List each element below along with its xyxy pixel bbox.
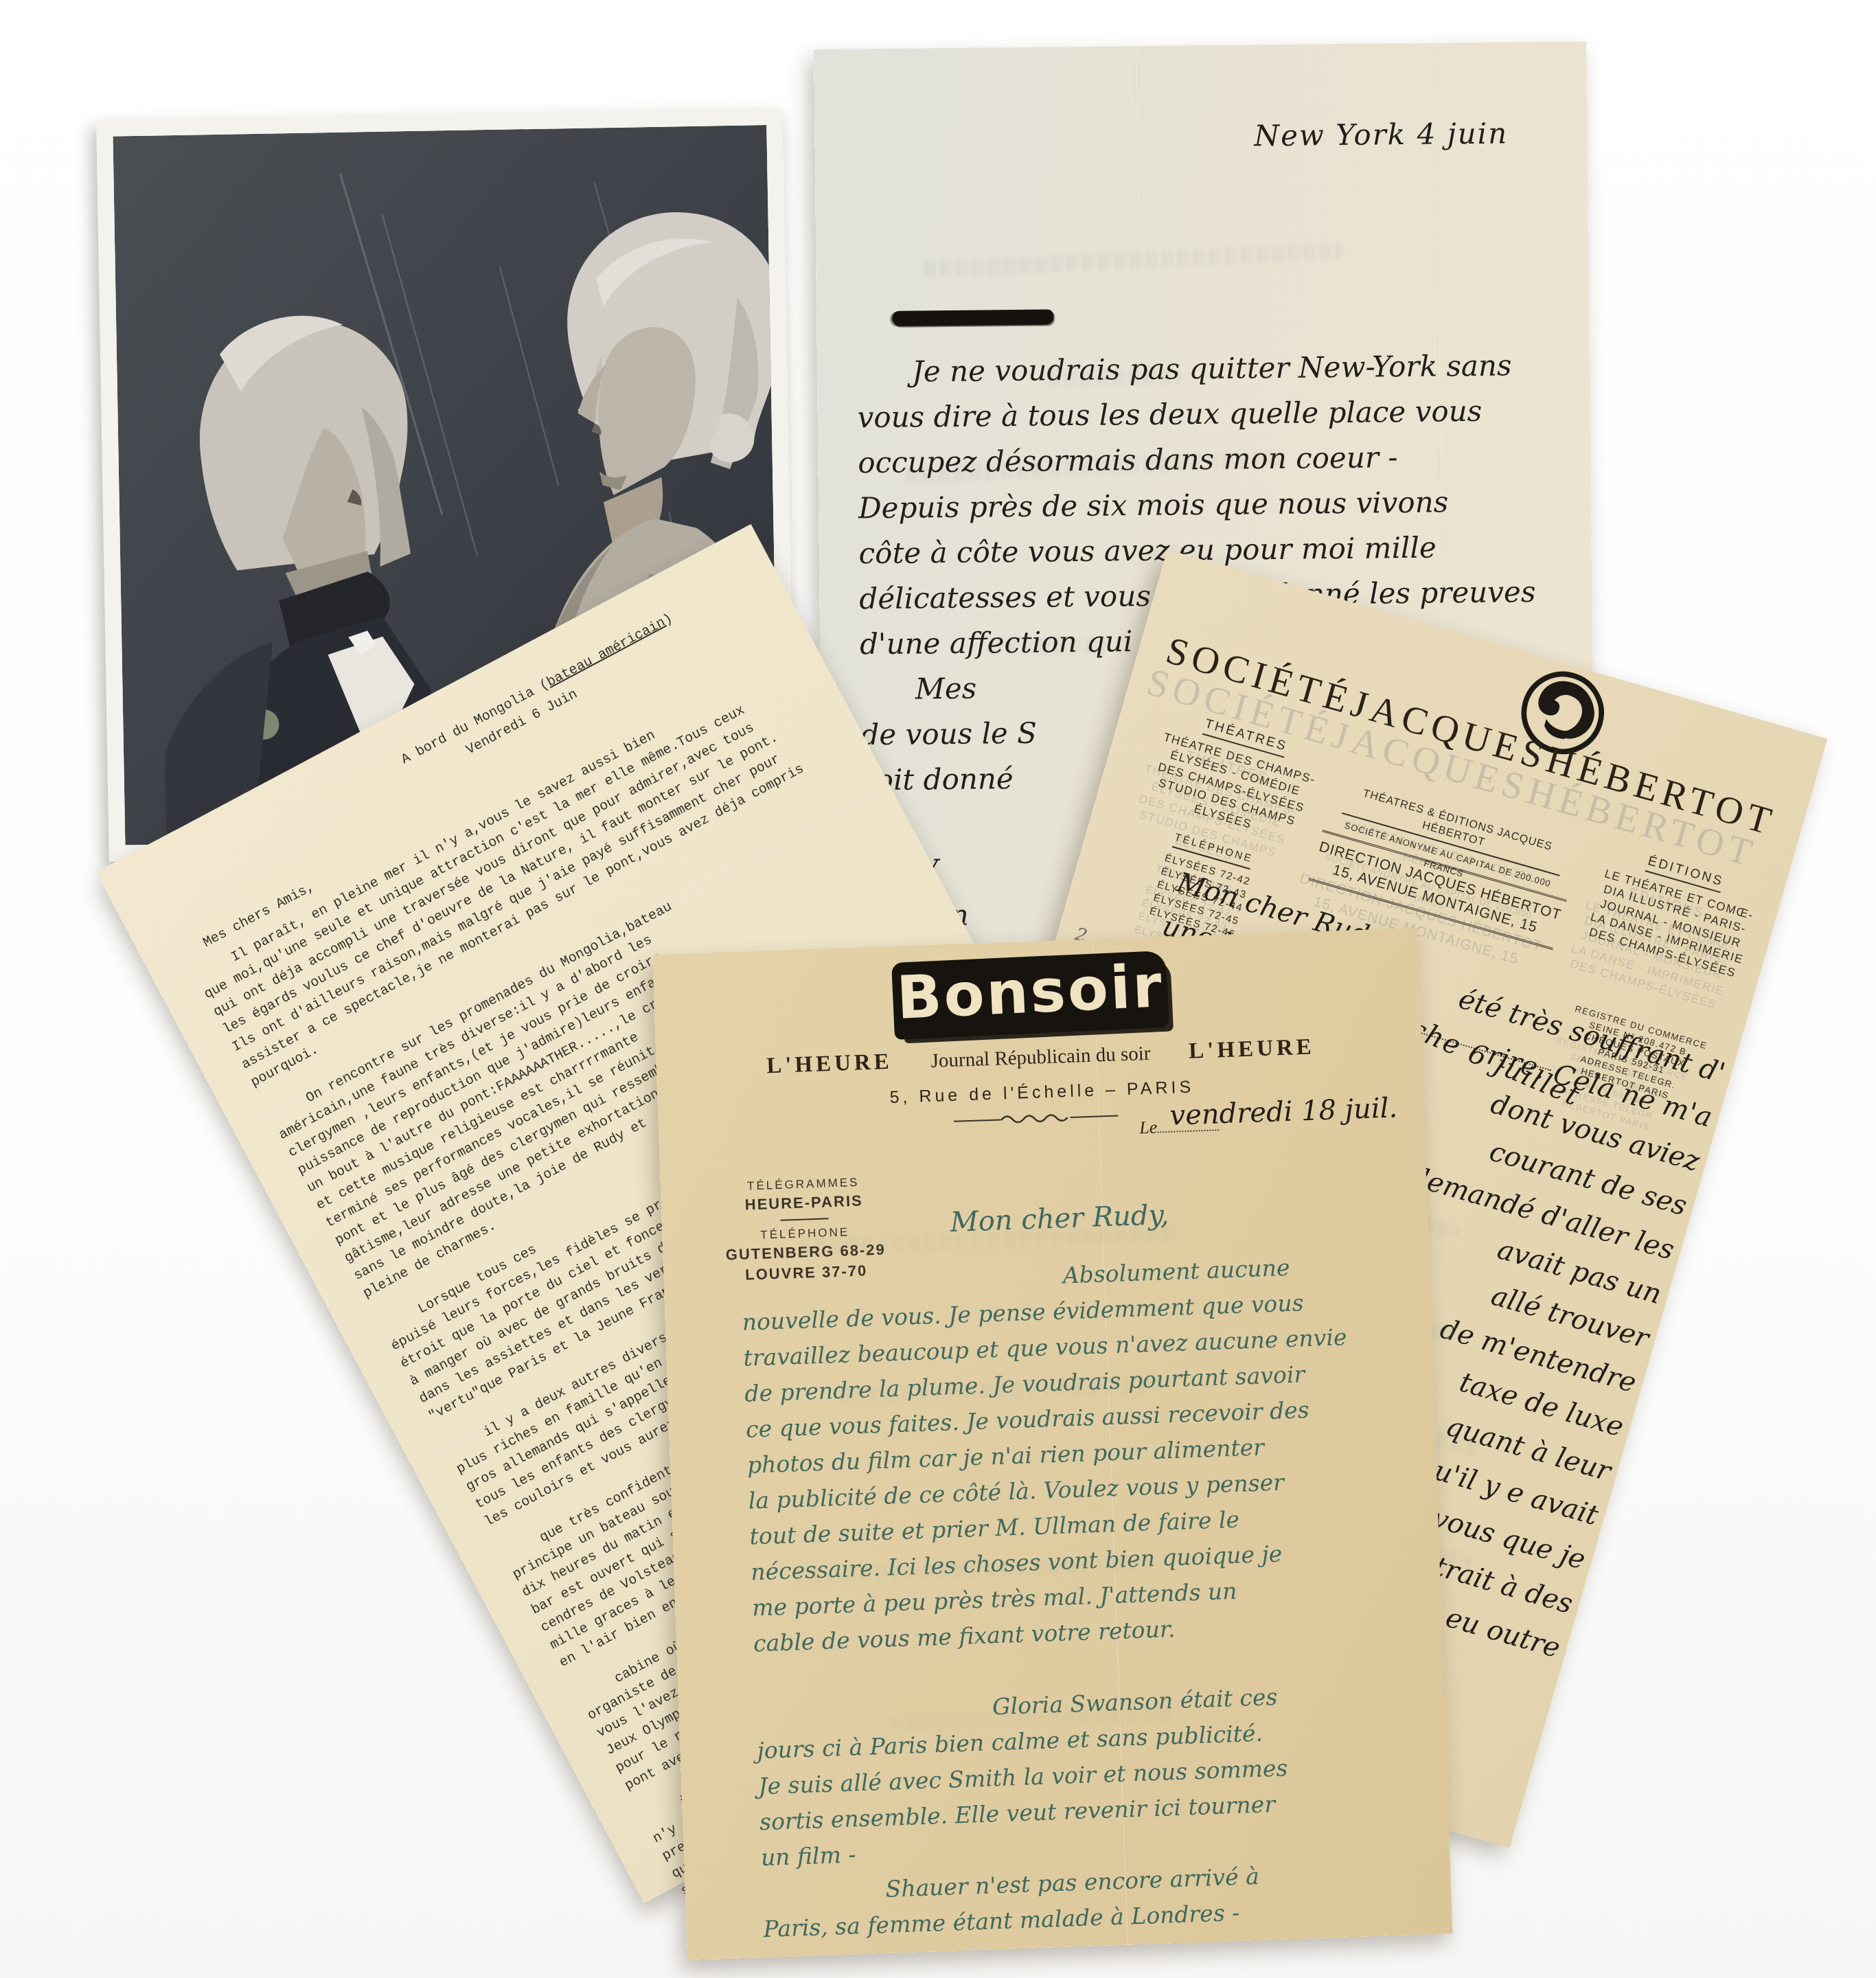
- bonsoir-letter-sheet: Bonsoir L'HEURE Journal Républicain du s…: [652, 928, 1452, 1960]
- handwritten-line: vous dire à tous les deux quelle place v…: [857, 388, 1558, 441]
- handwritten-line: occupez désormais dans mon coeur -: [858, 433, 1559, 486]
- title-word: SOCIÉTÉ: [1161, 628, 1358, 723]
- bonsoir-letter-body: Absolument aucunenouvelle de vous. Je pe…: [740, 1247, 1395, 1948]
- editions-lines: LE THÉATRE ET COMŒ-DIA ILLUSTRÉ - PARIS-…: [1584, 866, 1757, 982]
- ny-letter-date: New York 4 juin: [1254, 111, 1508, 159]
- theatres-column: THÉATRES THÉATRE DES CHAMPS-ÉLYSÉES - CO…: [1139, 705, 1331, 848]
- handwritten-line: Depuis près de six mois que nous vivons: [858, 479, 1559, 532]
- redaction-scratch-mark: [892, 309, 1053, 326]
- le-label: Le: [1139, 1117, 1158, 1138]
- document-lot-scan: New York 4 juin Je ne voudrais pas quitt…: [0, 0, 1876, 1978]
- ornament-squiggle: [953, 1109, 1119, 1128]
- bonsoir-logo: Bonsoir: [891, 951, 1169, 1040]
- lheure-right: L'HEURE: [1189, 1034, 1316, 1064]
- bonsoir-handwritten-date: vendredi 18 juil.: [1169, 1092, 1398, 1132]
- title-word: HÉBERTOT: [1542, 738, 1781, 845]
- divider-rule: [781, 1218, 829, 1220]
- editions-column: ÉDITIONS LE THÉATRE ET COMŒ-DIA ILLUSTRÉ…: [1584, 843, 1763, 982]
- journal-republicain-label: Journal Républicain du soir: [930, 1043, 1151, 1073]
- heading-underlined: bateau américain: [545, 615, 668, 690]
- handwritten-line: Je ne voudrais pas quitter New-York sans: [857, 343, 1558, 396]
- lheure-left: L'HEURE: [766, 1049, 893, 1079]
- bonsoir-logo-text: Bonsoir: [895, 952, 1165, 1033]
- ink-offset-ghost: [919, 242, 1345, 278]
